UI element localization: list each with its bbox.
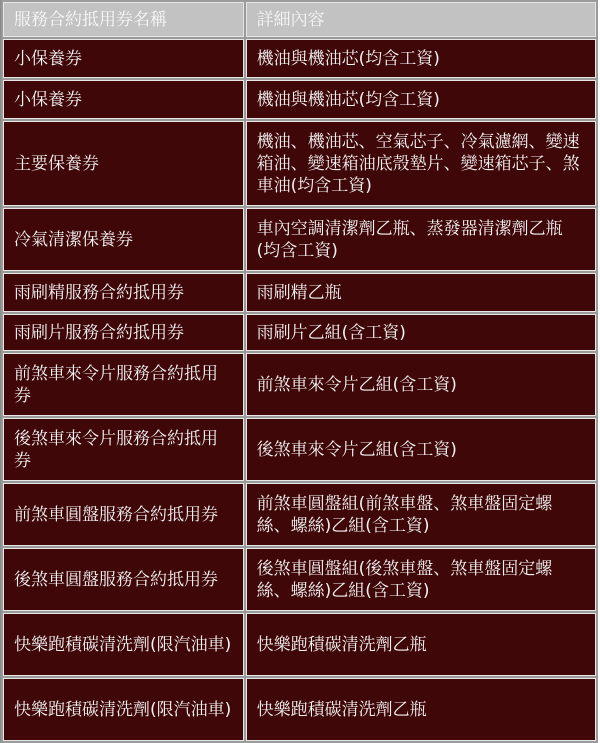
voucher-detail-cell: 後煞車來令片乙組(含工資) xyxy=(246,418,596,481)
service-voucher-table: 服務合約抵用券名稱 詳細內容 小保養券機油與機油芯(均含工資)小保養券機油與機油… xyxy=(0,0,598,738)
voucher-detail-cell: 機油、機油芯、空氣芯子、冷氣濾網、變速箱油、變速箱油底殼墊片、變速箱芯子、煞車油… xyxy=(246,121,596,206)
table-row: 快樂跑積碳清洗劑(限汽油車)快樂跑積碳清洗劑乙瓶 xyxy=(3,678,596,738)
table-row: 後煞車來令片服務合約抵用券後煞車來令片乙組(含工資) xyxy=(3,418,596,481)
voucher-name-cell: 前煞車來令片服務合約抵用券 xyxy=(3,353,244,416)
voucher-detail-cell: 機油與機油芯(均含工資) xyxy=(246,39,596,78)
voucher-detail-cell: 快樂跑積碳清洗劑乙瓶 xyxy=(246,678,596,738)
voucher-name-cell: 前煞車圓盤服務合約抵用券 xyxy=(3,483,244,546)
voucher-detail-cell: 雨刷精乙瓶 xyxy=(246,273,596,312)
voucher-detail-cell: 雨刷片乙組(含工資) xyxy=(246,314,596,351)
header-detail: 詳細內容 xyxy=(246,2,596,37)
header-voucher-name: 服務合約抵用券名稱 xyxy=(3,2,244,37)
voucher-detail-cell: 車內空調清潔劑乙瓶、蒸發器清潔劑乙瓶 (均含工資) xyxy=(246,208,596,271)
voucher-detail-cell: 前煞車來令片乙組(含工資) xyxy=(246,353,596,416)
table-row: 雨刷片服務合約抵用券雨刷片乙組(含工資) xyxy=(3,314,596,351)
voucher-name-cell: 主要保養券 xyxy=(3,121,244,206)
table-row: 後煞車圓盤服務合約抵用券後煞車圓盤組(後煞車盤、煞車盤固定螺絲、螺絲)乙組(含工… xyxy=(3,548,596,611)
voucher-name-cell: 後煞車來令片服務合約抵用券 xyxy=(3,418,244,481)
voucher-name-cell: 雨刷精服務合約抵用券 xyxy=(3,273,244,312)
table-row: 小保養券機油與機油芯(均含工資) xyxy=(3,39,596,78)
table-row: 前煞車來令片服務合約抵用券前煞車來令片乙組(含工資) xyxy=(3,353,596,416)
voucher-detail-cell: 後煞車圓盤組(後煞車盤、煞車盤固定螺絲、螺絲)乙組(含工資) xyxy=(246,548,596,611)
voucher-detail-cell: 快樂跑積碳清洗劑乙瓶 xyxy=(246,613,596,676)
voucher-name-cell: 雨刷片服務合約抵用券 xyxy=(3,314,244,351)
table-row: 前煞車圓盤服務合約抵用券前煞車圓盤組(前煞車盤、煞車盤固定螺絲、螺絲)乙組(含工… xyxy=(3,483,596,546)
table-row: 雨刷精服務合約抵用券雨刷精乙瓶 xyxy=(3,273,596,312)
voucher-name-cell: 快樂跑積碳清洗劑(限汽油車) xyxy=(3,613,244,676)
voucher-detail-cell: 前煞車圓盤組(前煞車盤、煞車盤固定螺絲、螺絲)乙組(含工資) xyxy=(246,483,596,546)
table-row: 快樂跑積碳清洗劑(限汽油車)快樂跑積碳清洗劑乙瓶 xyxy=(3,613,596,676)
voucher-name-cell: 快樂跑積碳清洗劑(限汽油車) xyxy=(3,678,244,738)
voucher-name-cell: 後煞車圓盤服務合約抵用券 xyxy=(3,548,244,611)
voucher-detail-cell: 機油與機油芯(均含工資) xyxy=(246,80,596,119)
table-row: 主要保養券機油、機油芯、空氣芯子、冷氣濾網、變速箱油、變速箱油底殼墊片、變速箱芯… xyxy=(3,121,596,206)
table-row: 小保養券機油與機油芯(均含工資) xyxy=(3,80,596,119)
table-row: 冷氣清潔保養券車內空調清潔劑乙瓶、蒸發器清潔劑乙瓶 (均含工資) xyxy=(3,208,596,271)
voucher-name-cell: 小保養券 xyxy=(3,39,244,78)
table-header-row: 服務合約抵用券名稱 詳細內容 xyxy=(3,2,596,37)
voucher-name-cell: 冷氣清潔保養券 xyxy=(3,208,244,271)
voucher-name-cell: 小保養券 xyxy=(3,80,244,119)
